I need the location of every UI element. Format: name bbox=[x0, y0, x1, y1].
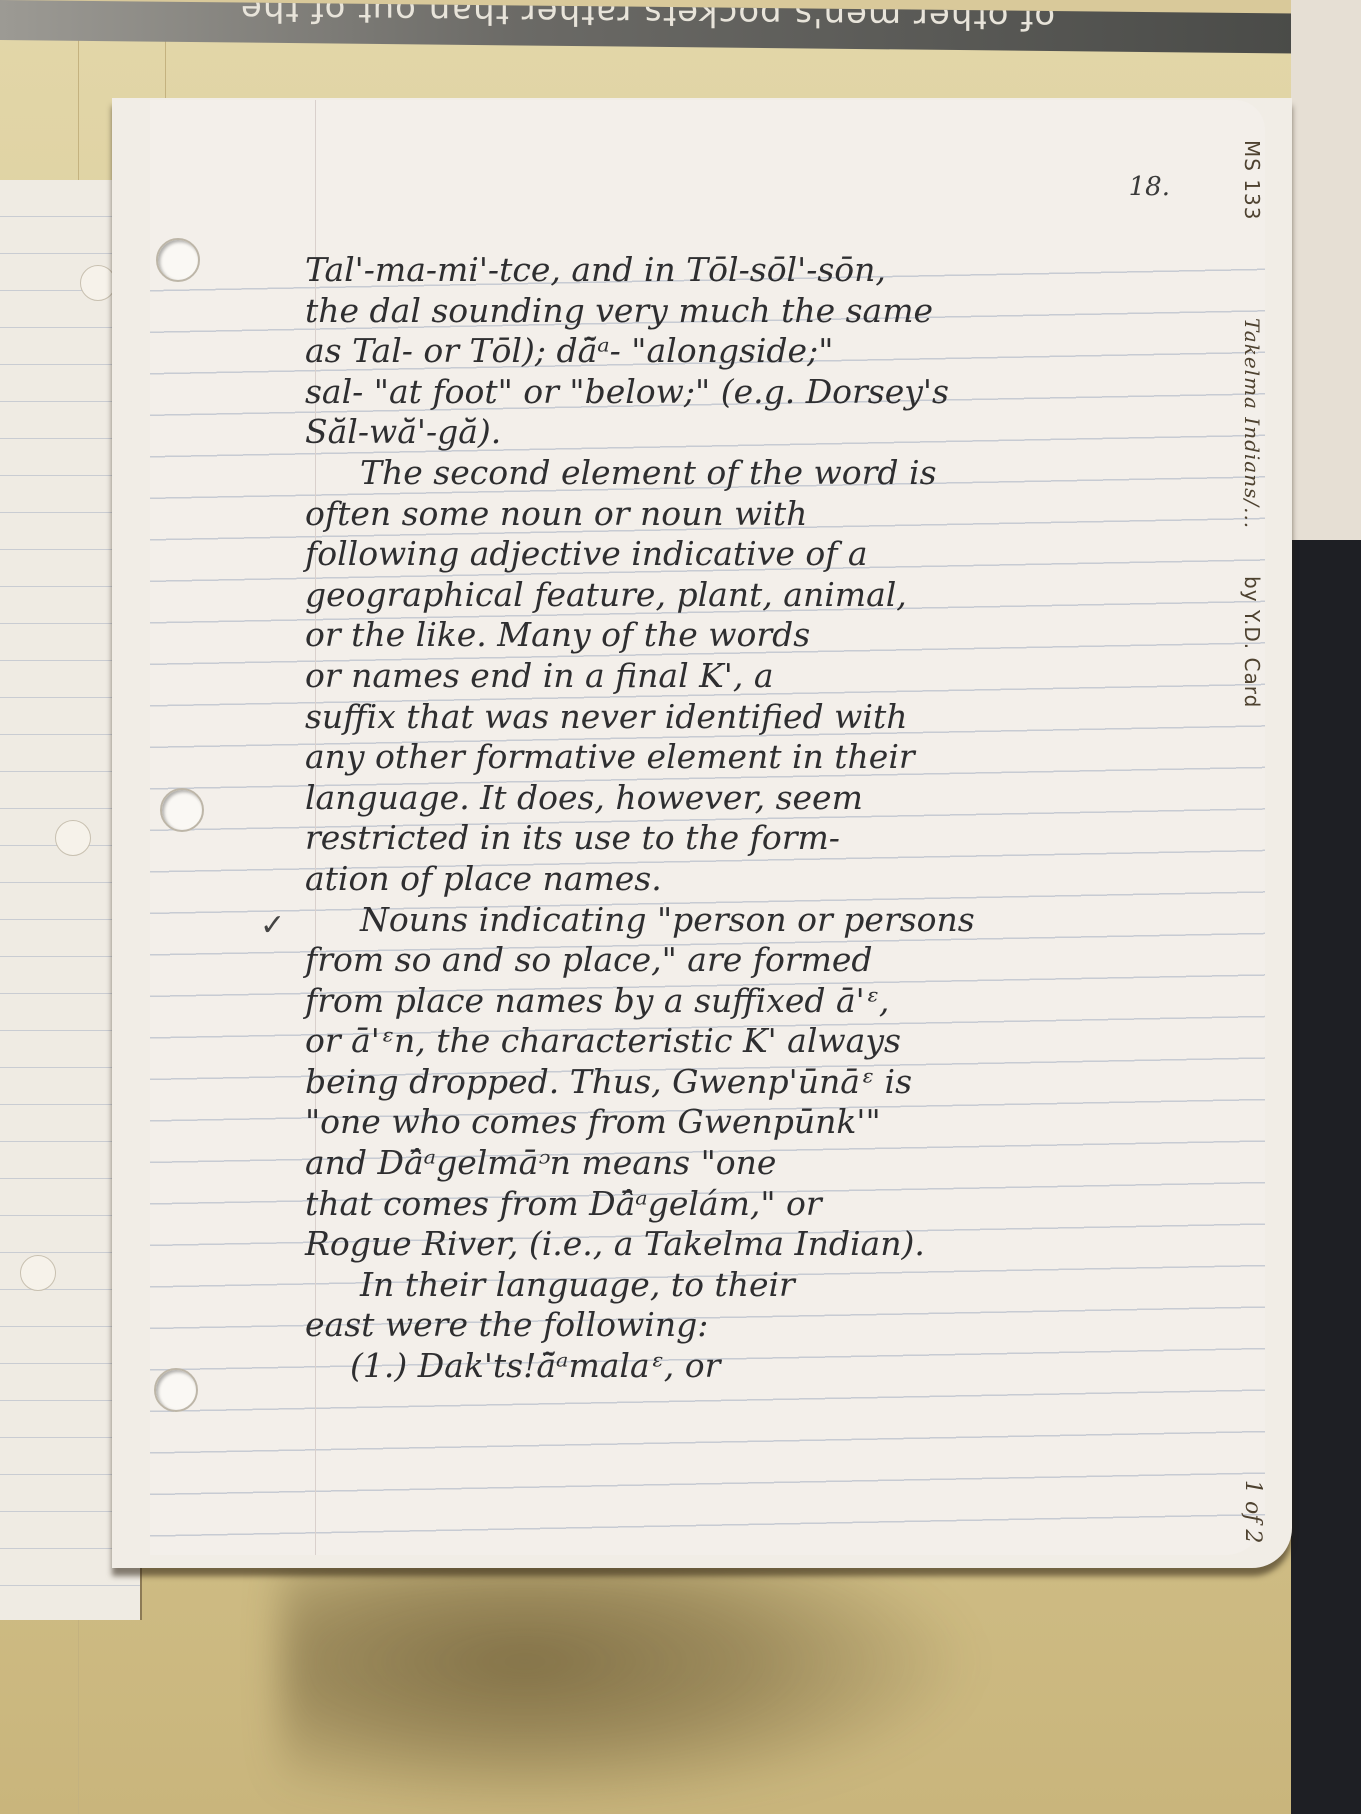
hand-shadow bbox=[280, 1560, 980, 1814]
text-line: "one who comes from Gwenpūnk'" bbox=[305, 1102, 1255, 1143]
text-line: or the like. Many of the words bbox=[305, 615, 1255, 656]
handwritten-text: Tal'-ma-mi'-tce, and in Tōl-sōl'-sōn, th… bbox=[305, 250, 1255, 1387]
text-line: suffix that was never identified with bbox=[305, 697, 1255, 738]
folder-label: MS 133 Takelma Indians/... by Y.D. Card bbox=[1240, 140, 1264, 709]
text-line: Rogue River, (i.e., a Takelma Indian). bbox=[305, 1224, 1255, 1265]
checkmark-icon: ✓ bbox=[260, 908, 285, 943]
text-line: and Dā̂ᵃgelmāᵓn means "one bbox=[305, 1143, 1255, 1184]
poster-text: of other men's pockets rather than out o… bbox=[240, 0, 1055, 37]
text-line: Tal'-ma-mi'-tce, and in Tōl-sōl'-sōn, bbox=[305, 250, 1255, 291]
punch-hole bbox=[20, 1255, 56, 1291]
punch-hole bbox=[154, 1368, 198, 1412]
folder-folio: 1 of 2 bbox=[1240, 1480, 1265, 1543]
background-dark-surface bbox=[1291, 540, 1361, 1814]
ms-number: MS 133 bbox=[1240, 140, 1264, 220]
background-wall bbox=[1291, 0, 1361, 540]
text-line: restricted in its use to the form- bbox=[305, 818, 1255, 859]
folder-author: by Y.D. Card bbox=[1240, 576, 1264, 708]
text-line: the dal sounding very much the same bbox=[305, 291, 1255, 332]
text-line: following adjective indicative of a bbox=[305, 534, 1255, 575]
text-line: as Tal- or Tōl); dā̃ᵃ- "alongside;" bbox=[305, 331, 1255, 372]
text-line: language. It does, however, seem bbox=[305, 778, 1255, 819]
punch-hole bbox=[156, 238, 200, 282]
text-line: Să̆l-wă̆'-gă̆). bbox=[305, 412, 1255, 453]
text-line: east were the following: bbox=[305, 1305, 1255, 1346]
text-line: or ā'ᵋn, the characteristic K' always bbox=[305, 1021, 1255, 1062]
text-line: (1.) Dak'ts!ā̃ᵃmalaᵋ, or bbox=[305, 1346, 1255, 1387]
folder-title: Takelma Indians/... bbox=[1240, 318, 1264, 529]
text-line: that comes from Dā̂ᵃgelám," or bbox=[305, 1184, 1255, 1225]
text-line: or names end in a final K', a bbox=[305, 656, 1255, 697]
text-line: In their language, to their bbox=[305, 1265, 1255, 1306]
punch-hole bbox=[55, 820, 91, 856]
text-line: from so and so place," are formed bbox=[305, 940, 1255, 981]
punch-hole bbox=[160, 788, 204, 832]
text-line: ation of place names. bbox=[305, 859, 1255, 900]
manuscript-page: 18. ✓ Tal'-ma-mi'-tce, and in Tōl-sōl'-s… bbox=[150, 100, 1265, 1555]
text-line: Nouns indicating "person or persons bbox=[305, 900, 1255, 941]
text-line: geographical feature, plant, animal, bbox=[305, 575, 1255, 616]
text-line: sal- "at foot" or "below;" (e.g. Dorsey'… bbox=[305, 372, 1255, 413]
punch-hole bbox=[80, 265, 116, 301]
text-line: The second element of the word is bbox=[305, 453, 1255, 494]
page-number: 18. bbox=[1129, 172, 1170, 202]
text-line: being dropped. Thus, Gwenp'ūnāᵋ is bbox=[305, 1062, 1255, 1103]
text-line: often some noun or noun with bbox=[305, 494, 1255, 535]
text-line: any other formative element in their bbox=[305, 737, 1255, 778]
text-line: from place names by a suffixed ā'ᵋ, bbox=[305, 981, 1255, 1022]
